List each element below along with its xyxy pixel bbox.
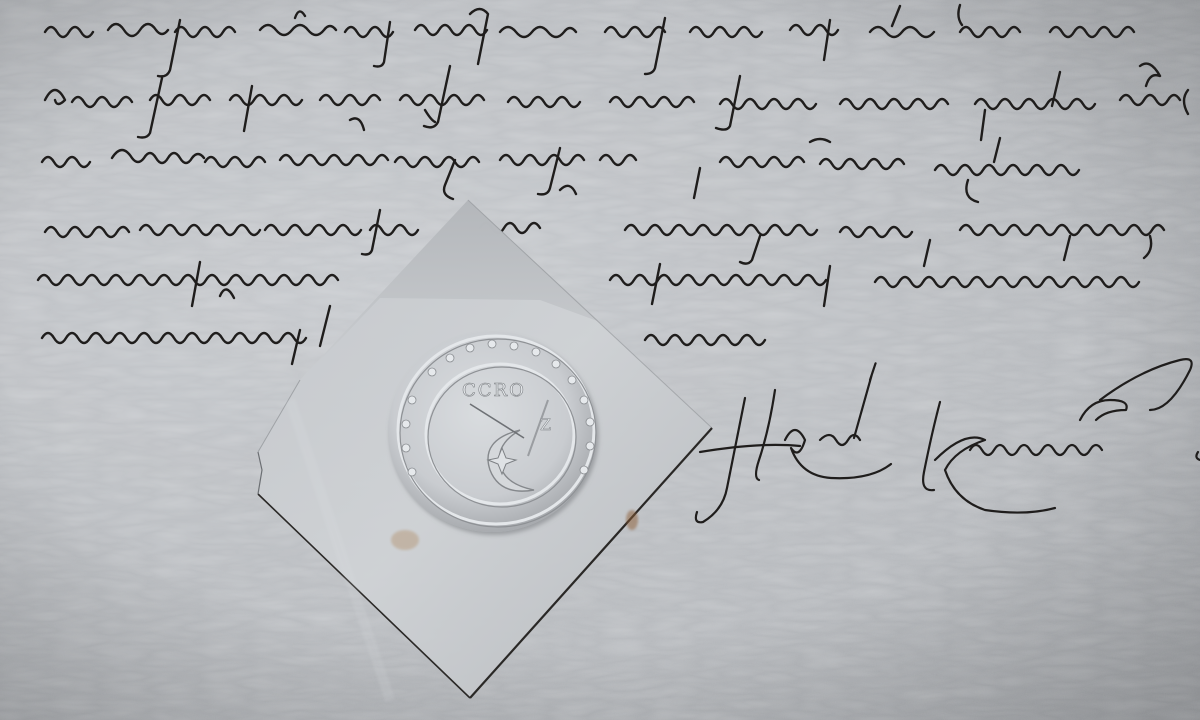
svg-text:Z: Z: [540, 415, 551, 434]
seal-center-text: CCRO: [462, 380, 526, 401]
seal-assembly: CCRO Z: [0, 0, 1200, 720]
manuscript-photo: CCRO Z: [0, 0, 1200, 720]
wax-seal: CCRO Z: [388, 332, 596, 532]
